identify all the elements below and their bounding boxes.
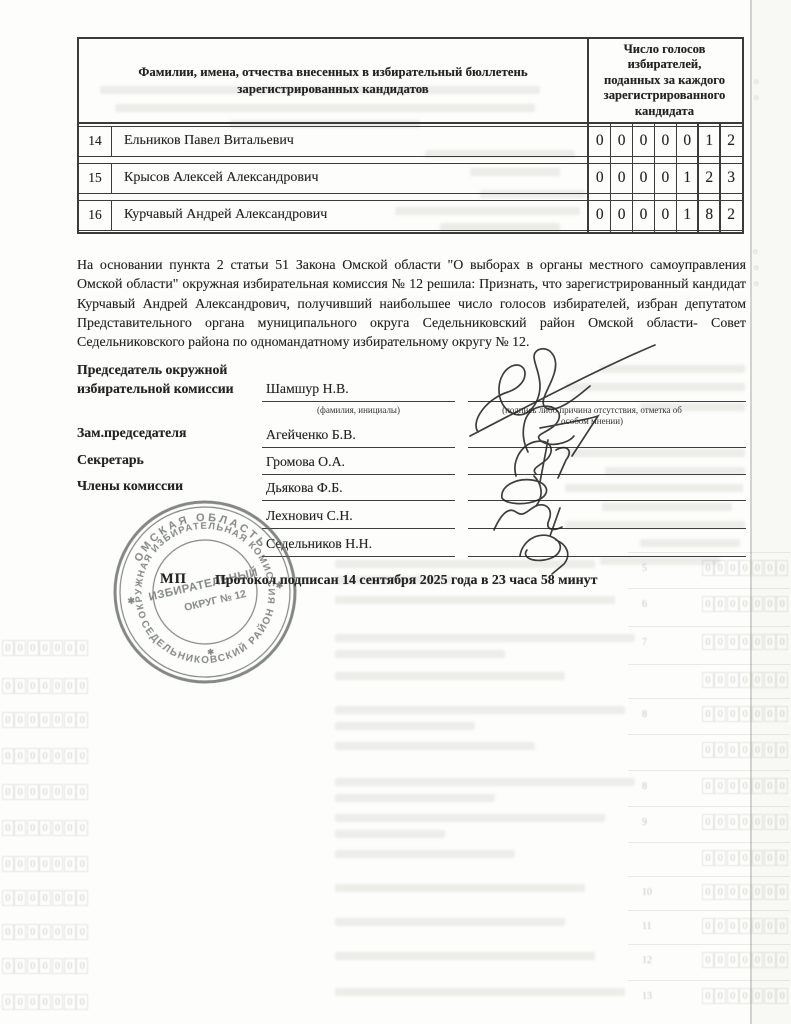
votes-header-line: Число голосов — [624, 42, 706, 57]
bleedthrough-artifact: 0 — [764, 884, 776, 900]
bleedthrough-artifact: 0 — [52, 784, 64, 800]
bleedthrough-artifact: 0 — [714, 560, 726, 576]
svg-text:✱: ✱ — [207, 647, 215, 657]
bleedthrough-artifact: 8 — [642, 709, 647, 720]
bleedthrough-artifact: 0 — [727, 778, 739, 794]
bleedthrough-artifact: 0 — [776, 778, 788, 794]
vote-digit: 0 — [633, 127, 655, 156]
bleedthrough-artifact: 0 — [64, 890, 76, 906]
bleedthrough-artifact: 0 — [776, 672, 788, 688]
bleedthrough-artifact: 0 — [2, 678, 14, 694]
bleedthrough-artifact: 0 — [714, 634, 726, 650]
bleedthrough-artifact — [335, 778, 635, 786]
bleedthrough-artifact: 0 — [727, 952, 739, 968]
bleedthrough-artifact: 0 — [714, 918, 726, 934]
bleedthrough-artifact: 0 — [702, 778, 714, 794]
bleedthrough-artifact: 0 — [776, 988, 788, 1004]
bleedthrough-artifact: 0 — [714, 706, 726, 722]
bleedthrough-artifact: 0 — [64, 958, 76, 974]
vote-digit: 1 — [676, 164, 698, 193]
secretary-name: Громова О.А. — [266, 454, 345, 470]
bleedthrough-artifact: 0 — [39, 712, 51, 728]
bleedthrough-artifact: 0 — [739, 952, 751, 968]
bleedthrough-artifact: 0 — [14, 678, 26, 694]
bleedthrough-artifact: 0 — [2, 958, 14, 974]
bleedthrough-artifact: 0 — [27, 958, 39, 974]
bleedthrough-artifact: 0 — [39, 640, 51, 656]
bleedthrough-artifact: 0 — [14, 640, 26, 656]
bleedthrough-artifact — [335, 672, 565, 680]
bleedthrough-artifact — [565, 383, 745, 391]
bleedthrough-artifact: 0 — [2, 994, 14, 1010]
vote-digit: 0 — [611, 201, 633, 230]
bleedthrough-artifact: 0 — [702, 918, 714, 934]
bleedthrough-artifact: 0 — [739, 918, 751, 934]
signature-caption-line2: особом мнении) — [561, 416, 623, 426]
bleedthrough-artifact — [628, 770, 790, 771]
bleedthrough-artifact: 0 — [776, 952, 788, 968]
bleedthrough-artifact — [335, 988, 625, 996]
bleedthrough-artifact: 0 — [2, 890, 14, 906]
signature-line — [468, 528, 746, 529]
bleedthrough-artifact: 0 — [752, 884, 764, 900]
bleedthrough-artifact: 0 — [776, 634, 788, 650]
bleedthrough-artifact — [628, 806, 790, 807]
bleedthrough-artifact: 0 — [27, 924, 39, 940]
bleedthrough-artifact: 0 — [27, 712, 39, 728]
digit-column-separator — [632, 124, 634, 232]
bleedthrough-artifact — [565, 484, 743, 492]
bleedthrough-artifact: 0 — [702, 988, 714, 1004]
bleedthrough-artifact: 0 — [39, 820, 51, 836]
bleedthrough-artifact — [335, 884, 585, 892]
bleedthrough-artifact — [602, 503, 732, 511]
bleedthrough-artifact: 0 — [64, 640, 76, 656]
bleedthrough-artifact: 0 — [764, 850, 776, 866]
bleedthrough-artifact: 0 — [752, 634, 764, 650]
member2-signature — [494, 505, 562, 536]
bleedthrough-artifact: 0 — [14, 820, 26, 836]
bleedthrough-artifact — [628, 698, 790, 699]
votes-header-line: избирателей, — [628, 57, 702, 72]
bleedthrough-artifact: 0 — [76, 820, 88, 836]
bleedthrough-artifact: 0 — [76, 924, 88, 940]
bleedthrough-artifact — [628, 842, 790, 843]
candidate-name-cell: Курчавый Андрей Александрович — [114, 201, 582, 230]
name-caption: (фамилия, инициалы) — [262, 405, 455, 416]
bleedthrough-artifact — [335, 850, 515, 858]
results-table: Фамилии, имена, отчества внесенных в изб… — [77, 37, 744, 234]
chairman-role-line2: избирательной комиссии — [77, 381, 234, 397]
table-row: 16 Курчавый Андрей Александрович 0000182 — [79, 200, 742, 231]
bleedthrough-artifact: 0 — [714, 778, 726, 794]
signature-line — [468, 401, 746, 402]
bleedthrough-artifact: 0 — [39, 748, 51, 764]
bleedthrough-artifact: 0 — [39, 678, 51, 694]
bleedthrough-artifact: 0 — [64, 712, 76, 728]
bleedthrough-artifact: 0 — [727, 560, 739, 576]
table-row: 14 Ельников Павел Витальевич 0000012 — [79, 126, 742, 157]
vote-digit: 0 — [611, 127, 633, 156]
bleedthrough-artifact: 0 — [714, 672, 726, 688]
scanned-protocol-page: ooooo50000000600000007000000000000000000… — [0, 0, 791, 1024]
table-header-row: Фамилии, имена, отчества внесенных в изб… — [79, 39, 742, 124]
bleedthrough-artifact: 0 — [764, 814, 776, 830]
signature-line — [468, 447, 746, 448]
bleedthrough-artifact: 0 — [764, 918, 776, 934]
bleedthrough-artifact — [600, 365, 745, 373]
bleedthrough-artifact: 12 — [642, 955, 652, 966]
bleedthrough-artifact: 0 — [76, 890, 88, 906]
name-underline — [262, 401, 455, 402]
vote-digit: 0 — [589, 201, 611, 230]
bleedthrough-artifact — [335, 634, 635, 642]
bleedthrough-artifact: 0 — [764, 988, 776, 1004]
bleedthrough-artifact: 7 — [642, 637, 647, 648]
bleedthrough-artifact: 0 — [52, 640, 64, 656]
bleedthrough-artifact: 0 — [76, 712, 88, 728]
protocol-signed-line: Протокол подписан 14 сентября 2025 года … — [215, 573, 597, 589]
bleedthrough-artifact: 0 — [714, 742, 726, 758]
bleedthrough-artifact: 0 — [714, 952, 726, 968]
bleedthrough-artifact: o — [754, 76, 759, 86]
bleedthrough-artifact: o — [754, 92, 759, 102]
candidate-name-cell: Ельников Павел Витальевич — [114, 127, 582, 156]
bleedthrough-artifact: 0 — [39, 958, 51, 974]
bleedthrough-artifact: 0 — [776, 814, 788, 830]
bleedthrough-artifact: 0 — [64, 994, 76, 1010]
bleedthrough-artifact: 0 — [27, 890, 39, 906]
bleedthrough-artifact: 0 — [27, 994, 39, 1010]
vote-digit: 0 — [589, 164, 611, 193]
bleedthrough-artifact: 0 — [739, 814, 751, 830]
bleedthrough-artifact: 0 — [752, 706, 764, 722]
bleedthrough-artifact: 0 — [752, 672, 764, 688]
name-underline — [262, 447, 455, 448]
bleedthrough-artifact: 0 — [14, 994, 26, 1010]
bleedthrough-artifact: 0 — [752, 596, 764, 612]
bleedthrough-artifact: 0 — [76, 678, 88, 694]
bleedthrough-artifact: 0 — [739, 672, 751, 688]
vote-digit: 0 — [676, 127, 698, 156]
bleedthrough-artifact: 0 — [752, 560, 764, 576]
bleedthrough-artifact — [628, 944, 790, 945]
bleedthrough-artifact: 0 — [702, 952, 714, 968]
decision-paragraph: На основании пункта 2 статьи 51 Закона О… — [77, 256, 746, 352]
bleedthrough-artifact: 0 — [739, 988, 751, 1004]
bleedthrough-artifact: 0 — [14, 748, 26, 764]
bleedthrough-artifact — [628, 910, 790, 911]
bleedthrough-artifact: 0 — [27, 784, 39, 800]
bleedthrough-artifact: 0 — [714, 850, 726, 866]
bleedthrough-artifact: 0 — [39, 856, 51, 872]
row-number-cell: 15 — [79, 164, 112, 193]
vote-digit: 0 — [633, 201, 655, 230]
scan-margin-strip — [752, 0, 791, 1024]
bleedthrough-artifact: 0 — [76, 994, 88, 1010]
bleedthrough-artifact: 0 — [764, 596, 776, 612]
vote-digit: 0 — [633, 164, 655, 193]
deputy-name: Агейченко Б.В. — [266, 427, 356, 443]
bleedthrough-artifact — [628, 626, 790, 627]
vote-digit: 0 — [654, 201, 676, 230]
bleedthrough-artifact: 0 — [776, 596, 788, 612]
bleedthrough-artifact: 0 — [752, 918, 764, 934]
bleedthrough-artifact: 0 — [776, 560, 788, 576]
bleedthrough-artifact: 0 — [727, 884, 739, 900]
bleedthrough-artifact: 0 — [52, 820, 64, 836]
bleedthrough-artifact: 0 — [714, 596, 726, 612]
bleedthrough-artifact: 0 — [764, 742, 776, 758]
bleedthrough-artifact: 0 — [2, 712, 14, 728]
row-number-cell: 16 — [79, 201, 112, 230]
bleedthrough-artifact: 0 — [39, 784, 51, 800]
bleedthrough-artifact: 0 — [764, 706, 776, 722]
signature-line — [468, 556, 746, 557]
bleedthrough-artifact — [640, 539, 740, 547]
signature-line — [468, 474, 746, 475]
bleedthrough-artifact: 0 — [702, 850, 714, 866]
bleedthrough-artifact: 0 — [2, 856, 14, 872]
bleedthrough-artifact: 0 — [27, 640, 39, 656]
secretary-role: Секретарь — [77, 452, 144, 468]
bleedthrough-artifact: 0 — [39, 890, 51, 906]
vote-digit: 1 — [698, 127, 720, 156]
bleedthrough-artifact: 0 — [52, 994, 64, 1010]
bleedthrough-artifact: 13 — [642, 991, 652, 1002]
bleedthrough-artifact: 0 — [52, 712, 64, 728]
bleedthrough-artifact: 0 — [776, 742, 788, 758]
digit-column-separator — [610, 124, 612, 232]
bleedthrough-artifact: 0 — [64, 924, 76, 940]
bleedthrough-artifact: 0 — [702, 742, 714, 758]
bleedthrough-artifact: 0 — [14, 784, 26, 800]
bleedthrough-artifact: 0 — [702, 634, 714, 650]
bleedthrough-artifact: 0 — [752, 988, 764, 1004]
bleedthrough-artifact: 0 — [776, 850, 788, 866]
bleedthrough-artifact — [628, 980, 790, 981]
digit-column-separator — [676, 124, 678, 232]
bleedthrough-artifact: o — [754, 262, 759, 272]
bleedthrough-artifact: 0 — [2, 748, 14, 764]
scan-edge-line — [750, 0, 752, 1024]
bleedthrough-artifact: 0 — [739, 850, 751, 866]
vote-digit: 2 — [698, 164, 720, 193]
bleedthrough-artifact: 0 — [64, 784, 76, 800]
bleedthrough-artifact: 0 — [702, 672, 714, 688]
bleedthrough-artifact: 0 — [739, 634, 751, 650]
chairman-role-line1: Председатель окружной — [77, 362, 227, 378]
vote-digit: 0 — [654, 127, 676, 156]
seal-place-mark: МП — [160, 571, 187, 588]
bleedthrough-artifact — [335, 830, 445, 838]
bleedthrough-artifact: 0 — [52, 958, 64, 974]
bleedthrough-artifact: 8 — [642, 781, 647, 792]
bleedthrough-artifact — [335, 560, 595, 568]
bleedthrough-artifact: 0 — [76, 640, 88, 656]
bleedthrough-artifact: 0 — [764, 560, 776, 576]
signature-line — [468, 500, 746, 501]
bleedthrough-artifact: 0 — [702, 560, 714, 576]
bleedthrough-artifact: 0 — [39, 994, 51, 1010]
member3-signature — [520, 535, 568, 574]
bleedthrough-artifact — [335, 722, 475, 730]
bleedthrough-artifact: 11 — [642, 921, 652, 932]
bleedthrough-artifact: 0 — [764, 672, 776, 688]
bleedthrough-artifact: 5 — [642, 563, 647, 574]
digit-column-separator — [654, 124, 656, 232]
deputy-role: Зам.председателя — [77, 425, 186, 441]
bleedthrough-artifact: 0 — [2, 820, 14, 836]
bleedthrough-artifact — [335, 706, 625, 714]
bleedthrough-artifact: 0 — [2, 924, 14, 940]
bleedthrough-artifact: o — [753, 246, 758, 256]
bleedthrough-artifact: 0 — [752, 952, 764, 968]
bleedthrough-artifact — [335, 918, 565, 926]
bleedthrough-artifact: 0 — [776, 918, 788, 934]
bleedthrough-artifact: 0 — [52, 678, 64, 694]
bleedthrough-artifact: 10 — [642, 887, 652, 898]
bleedthrough-artifact: 0 — [776, 884, 788, 900]
bleedthrough-artifact: 0 — [714, 884, 726, 900]
bleedthrough-artifact: 0 — [727, 596, 739, 612]
digit-column-separator — [697, 124, 699, 232]
bleedthrough-artifact: 0 — [27, 820, 39, 836]
candidate-name-cell: Крысов Алексей Александрович — [114, 164, 582, 193]
round-seal-stamp: ОМСКАЯ ОБЛАСТЬ СЕДЕЛЬНИКОВСКИЙ РАЙОН ОКР… — [101, 488, 310, 697]
bleedthrough-artifact: 0 — [727, 706, 739, 722]
votes-header-line: кандидата — [635, 104, 694, 119]
bleedthrough-artifact: 0 — [64, 856, 76, 872]
bleedthrough-artifact: 0 — [64, 820, 76, 836]
bleedthrough-artifact: 0 — [739, 706, 751, 722]
bleedthrough-artifact: 0 — [752, 814, 764, 830]
bleedthrough-artifact — [335, 650, 505, 658]
bleedthrough-artifact: 0 — [76, 856, 88, 872]
candidates-column-header: Фамилии, имена, отчества внесенных в изб… — [79, 39, 587, 122]
bleedthrough-artifact: 0 — [739, 884, 751, 900]
bleedthrough-artifact: 0 — [739, 778, 751, 794]
bleedthrough-artifact: 0 — [752, 742, 764, 758]
bleedthrough-artifact: 0 — [752, 850, 764, 866]
bleedthrough-artifact: 0 — [52, 856, 64, 872]
name-underline — [262, 474, 455, 475]
bleedthrough-artifact — [628, 734, 790, 735]
vote-digit: 0 — [589, 127, 611, 156]
bleedthrough-artifact: 0 — [702, 596, 714, 612]
vote-digit: 0 — [611, 164, 633, 193]
bleedthrough-artifact — [628, 664, 790, 665]
members-role: Члены комиссии — [77, 478, 183, 494]
bleedthrough-artifact — [335, 814, 605, 822]
bleedthrough-artifact: 0 — [14, 924, 26, 940]
bleedthrough-artifact: 0 — [714, 988, 726, 1004]
bleedthrough-artifact: 0 — [702, 706, 714, 722]
bleedthrough-artifact: 9 — [642, 817, 647, 828]
bleedthrough-artifact: 0 — [14, 856, 26, 872]
bleedthrough-artifact: 0 — [14, 890, 26, 906]
votes-column-header: Число голосов избирателей, поданных за к… — [587, 39, 742, 122]
bleedthrough-artifact: 0 — [14, 958, 26, 974]
bleedthrough-artifact: 0 — [14, 712, 26, 728]
bleedthrough-artifact: 0 — [739, 596, 751, 612]
bleedthrough-artifact: 0 — [702, 814, 714, 830]
bleedthrough-artifact: 0 — [764, 634, 776, 650]
bleedthrough-artifact: 0 — [27, 678, 39, 694]
bleedthrough-artifact: 0 — [27, 856, 39, 872]
votes-header-line: поданных за каждого — [604, 73, 725, 88]
bleedthrough-artifact: 0 — [64, 678, 76, 694]
bleedthrough-artifact: 0 — [727, 918, 739, 934]
bleedthrough-artifact: 0 — [739, 560, 751, 576]
vote-digit: 2 — [720, 201, 742, 230]
bleedthrough-artifact: 0 — [27, 748, 39, 764]
chairman-name: Шамшур Н.В. — [266, 381, 349, 397]
bleedthrough-artifact: 0 — [739, 742, 751, 758]
bleedthrough-artifact: 0 — [764, 952, 776, 968]
digit-column-separator — [719, 124, 721, 232]
bleedthrough-artifact: 0 — [727, 742, 739, 758]
vote-digit: 0 — [654, 164, 676, 193]
bleedthrough-artifact: 0 — [64, 748, 76, 764]
bleedthrough-artifact — [335, 742, 535, 750]
bleedthrough-artifact: 6 — [642, 599, 647, 610]
bleedthrough-artifact — [335, 794, 495, 802]
bleedthrough-artifact: 0 — [776, 706, 788, 722]
bleedthrough-artifact: 0 — [39, 924, 51, 940]
bleedthrough-artifact — [565, 449, 745, 457]
row-number-cell: 14 — [79, 127, 112, 156]
bleedthrough-artifact: 0 — [52, 924, 64, 940]
svg-text:✱: ✱ — [127, 595, 136, 606]
bleedthrough-artifact: 0 — [2, 784, 14, 800]
signature-caption-line1: (подпись либо причина отсутствия, отметк… — [502, 405, 682, 415]
bleedthrough-artifact: 0 — [727, 672, 739, 688]
bleedthrough-artifact — [335, 596, 615, 604]
signature-caption: (подпись либо причина отсутствия, отметк… — [452, 405, 732, 426]
bleedthrough-artifact — [335, 952, 595, 960]
bleedthrough-artifact: 0 — [727, 634, 739, 650]
bleedthrough-artifact: 0 — [76, 958, 88, 974]
table-row: 15 Крысов Алексей Александрович 0000123 — [79, 163, 742, 194]
bleedthrough-artifact: 0 — [2, 640, 14, 656]
vote-digit: 2 — [720, 127, 742, 156]
bleedthrough-artifact: 0 — [764, 778, 776, 794]
bleedthrough-artifact: 0 — [727, 988, 739, 1004]
bleedthrough-artifact: 0 — [52, 890, 64, 906]
bleedthrough-artifact — [628, 588, 790, 589]
bleedthrough-artifact — [628, 552, 790, 553]
bleedthrough-artifact: o — [754, 278, 759, 288]
bleedthrough-artifact: 0 — [752, 778, 764, 794]
bleedthrough-artifact: 0 — [727, 850, 739, 866]
bleedthrough-artifact — [628, 876, 790, 877]
bleedthrough-artifact: 0 — [702, 884, 714, 900]
vote-digit: 1 — [676, 201, 698, 230]
bleedthrough-artifact: 0 — [76, 748, 88, 764]
votes-header-line: зарегистрированного — [604, 88, 726, 103]
bleedthrough-artifact: 0 — [52, 748, 64, 764]
member1-signature — [502, 476, 547, 506]
bleedthrough-artifact: 0 — [76, 784, 88, 800]
bleedthrough-artifact: 0 — [727, 814, 739, 830]
bleedthrough-artifact: 0 — [714, 814, 726, 830]
vote-digit: 8 — [698, 201, 720, 230]
vote-digit: 3 — [720, 164, 742, 193]
